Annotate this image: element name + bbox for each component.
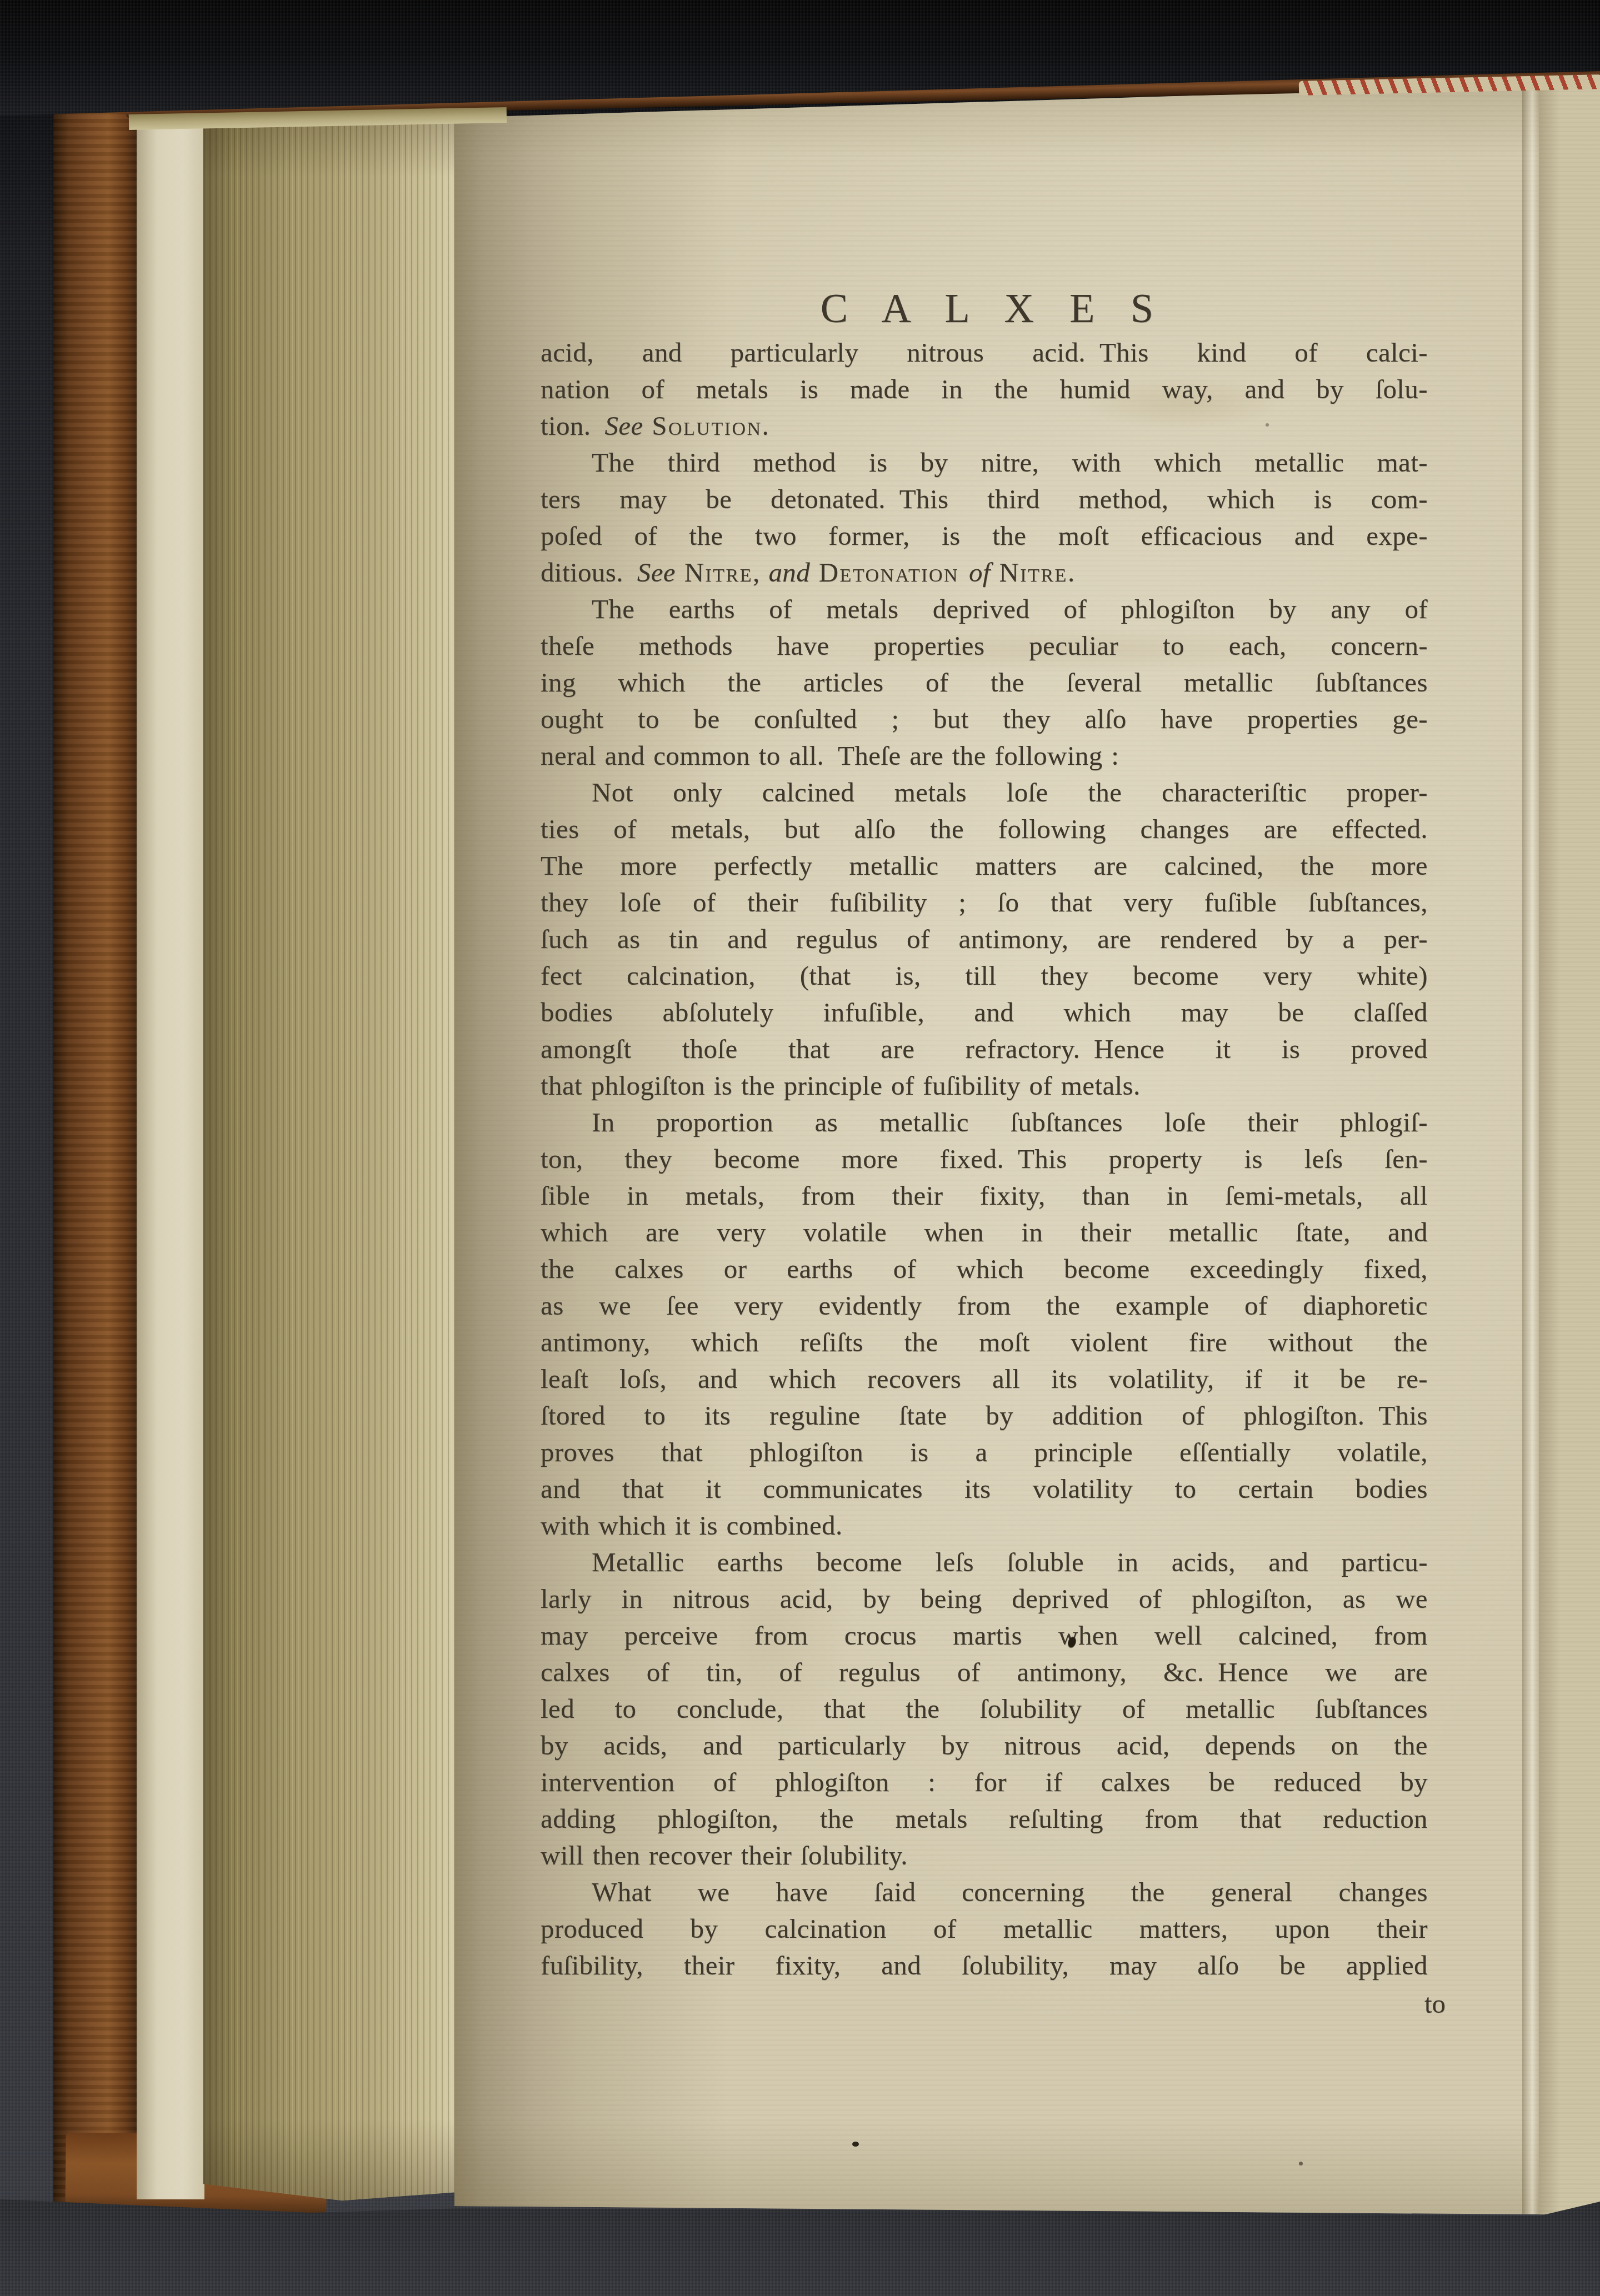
smallcaps-run: Nitre bbox=[999, 557, 1067, 588]
text-line: ton, they become more fixed. This proper… bbox=[541, 1141, 1428, 1177]
text-run: neral and common to all. Theſe are the f… bbox=[541, 740, 1119, 771]
text-run: The third method is by nitre, with which… bbox=[592, 447, 1428, 478]
italic-run: and bbox=[768, 557, 818, 588]
text-run: calxes of tin, of regulus of antimony, &… bbox=[541, 1657, 1428, 1687]
text-run: ties of metals, but alſo the following c… bbox=[541, 814, 1428, 844]
text-run: ters may be detonated. This third method… bbox=[541, 484, 1428, 514]
italic-run: of bbox=[969, 557, 999, 588]
text-line: The third method is by nitre, with which… bbox=[541, 444, 1428, 481]
text-run: The more perfectly metallic matters are … bbox=[541, 850, 1428, 881]
ink-speck bbox=[1266, 423, 1269, 427]
endpaper-edge bbox=[137, 117, 204, 2199]
text-line: by acids, and particularly by nitrous ac… bbox=[541, 1727, 1428, 1764]
text-run: acid, and particularly nitrous acid. Thi… bbox=[541, 337, 1428, 368]
adjacent-page-edge bbox=[1539, 83, 1600, 2216]
text-line: The more perfectly metallic matters are … bbox=[541, 848, 1428, 884]
text-run: poſed of the two former, is the moſt eff… bbox=[541, 520, 1428, 551]
text-run: The earths of metals deprived of phlogiſ… bbox=[592, 594, 1428, 624]
text-line: ſuch as tin and regulus of antimony, are… bbox=[541, 921, 1428, 957]
text-run: Metallic earths become leſs ſoluble in a… bbox=[592, 1547, 1428, 1577]
italic-run: See bbox=[637, 557, 684, 588]
text-run: nation of metals is made in the humid wa… bbox=[541, 374, 1428, 404]
book-cover-left-edge bbox=[53, 103, 138, 2214]
photo-stage: C A L X E S acid, and particularly nitro… bbox=[0, 0, 1600, 2296]
text-run: produced by calcination of metallic matt… bbox=[541, 1913, 1428, 1944]
text-line: ought to be conſulted ; but they alſo ha… bbox=[541, 701, 1428, 738]
italic-run: See bbox=[604, 410, 652, 441]
text-line: which are very volatile when in their me… bbox=[541, 1214, 1428, 1251]
text-line: produced by calcination of metallic matt… bbox=[541, 1911, 1428, 1947]
text-run: What we have ſaid concerning the general… bbox=[592, 1877, 1428, 1907]
text-run: that phlogiſton is the principle of fuſi… bbox=[541, 1070, 1141, 1101]
text-line: Metallic earths become leſs ſoluble in a… bbox=[541, 1544, 1428, 1581]
text-line: amongſt thoſe that are refractory. Hence… bbox=[541, 1031, 1428, 1067]
text-run: which are very volatile when in their me… bbox=[541, 1217, 1428, 1247]
text-line: led to conclude, that the ſolubility of … bbox=[541, 1691, 1428, 1727]
text-run: ton, they become more fixed. This proper… bbox=[541, 1144, 1428, 1174]
text-line: nation of metals is made in the humid wa… bbox=[541, 371, 1428, 408]
text-line: The earths of metals deprived of phlogiſ… bbox=[541, 591, 1428, 628]
text-run: as we ſee very evidently from the exampl… bbox=[541, 1290, 1428, 1321]
smallcaps-run: Detonation bbox=[819, 557, 969, 588]
text-line: poſed of the two former, is the moſt eff… bbox=[541, 518, 1428, 554]
text-run: Not only calcined metals loſe the charac… bbox=[592, 777, 1428, 808]
text-run: . bbox=[762, 410, 769, 441]
text-run: led to conclude, that the ſolubility of … bbox=[541, 1693, 1428, 1724]
text-run: ſuch as tin and regulus of antimony, are… bbox=[541, 924, 1428, 954]
text-line: ing which the articles of the ſeveral me… bbox=[541, 664, 1428, 701]
text-run: ſtored to its reguline ſtate by addition… bbox=[541, 1400, 1428, 1431]
text-run: by acids, and particularly by nitrous ac… bbox=[541, 1730, 1428, 1761]
text-run: adding phlogiſton, the metals reſulting … bbox=[541, 1803, 1428, 1834]
text-run: the calxes or earths of which become exc… bbox=[541, 1254, 1428, 1284]
text-line: antimony, which reſiſts the moſt violent… bbox=[541, 1324, 1428, 1361]
text-run: intervention of phlogiſton : for if calx… bbox=[541, 1767, 1428, 1797]
text-line: ters may be detonated. This third method… bbox=[541, 481, 1428, 518]
text-run: larly in nitrous acid, by being deprived… bbox=[541, 1583, 1428, 1614]
text-run: amongſt thoſe that are refractory. Hence… bbox=[541, 1034, 1428, 1064]
text-line: ditious. See Nitre, and Detonation of Ni… bbox=[541, 554, 1428, 591]
text-line: with which it is combined. bbox=[541, 1507, 1428, 1544]
text-run: and that it communicates its volatility … bbox=[541, 1473, 1428, 1504]
ink-speck bbox=[852, 2142, 859, 2147]
text-line: fect calcination, (that is, till they be… bbox=[541, 957, 1428, 994]
text-run: ought to be conſulted ; but they alſo ha… bbox=[541, 704, 1428, 734]
text-line: the calxes or earths of which become exc… bbox=[541, 1251, 1428, 1287]
text-run: may perceive from crocus martis when wel… bbox=[541, 1620, 1428, 1651]
text-line: Not only calcined metals loſe the charac… bbox=[541, 774, 1428, 811]
text-line: fuſibility, their fixity, and ſolubility… bbox=[541, 1947, 1428, 1984]
text-run: . bbox=[1068, 557, 1075, 588]
text-line: will then recover their ſolubility. bbox=[541, 1837, 1428, 1874]
smallcaps-run: Solution bbox=[652, 410, 762, 441]
book-page: C A L X E S acid, and particularly nitro… bbox=[454, 83, 1600, 2216]
text-line: they loſe of their fuſibility ; ſo that … bbox=[541, 884, 1428, 921]
text-line: ſible in metals, from their fixity, than… bbox=[541, 1177, 1428, 1214]
page-title: C A L X E S bbox=[454, 287, 1600, 331]
text-run: leaſt loſs, and which recovers all its v… bbox=[541, 1363, 1428, 1394]
text-line: bodies abſolutely infuſible, and which m… bbox=[541, 994, 1428, 1031]
text-run: ing which the articles of the ſeveral me… bbox=[541, 667, 1428, 698]
text-run: they loſe of their fuſibility ; ſo that … bbox=[541, 887, 1428, 918]
smallcaps-run: Nitre bbox=[684, 557, 753, 588]
text-run: with which it is combined. bbox=[541, 1510, 843, 1541]
text-line: In proportion as metallic ſubſtances loſ… bbox=[541, 1104, 1428, 1141]
gutter-crease bbox=[1522, 83, 1539, 2216]
text-run: tion. bbox=[541, 410, 604, 441]
text-run: antimony, which reſiſts the moſt violent… bbox=[541, 1327, 1428, 1357]
text-line: may perceive from crocus martis when wel… bbox=[541, 1617, 1428, 1654]
text-run: ditious. bbox=[541, 557, 637, 588]
text-line: calxes of tin, of regulus of antimony, &… bbox=[541, 1654, 1428, 1691]
text-run: fect calcination, (that is, till they be… bbox=[541, 960, 1428, 991]
text-block: acid, and particularly nitrous acid. Thi… bbox=[541, 334, 1428, 1984]
text-line: ſtored to its reguline ſtate by addition… bbox=[541, 1397, 1428, 1434]
text-run: theſe methods have properties peculiar t… bbox=[541, 630, 1428, 661]
text-line: theſe methods have properties peculiar t… bbox=[541, 628, 1428, 664]
text-line: and that it communicates its volatility … bbox=[541, 1471, 1428, 1507]
text-line: larly in nitrous acid, by being deprived… bbox=[541, 1581, 1428, 1617]
text-run: , bbox=[753, 557, 768, 588]
text-run: proves that phlogiſton is a principle eſ… bbox=[541, 1437, 1428, 1467]
text-line: ties of metals, but alſo the following c… bbox=[541, 811, 1428, 848]
text-run: bodies abſolutely infuſible, and which m… bbox=[541, 997, 1428, 1027]
text-run: will then recover their ſolubility. bbox=[541, 1840, 908, 1871]
text-line: acid, and particularly nitrous acid. Thi… bbox=[541, 334, 1428, 371]
text-line: adding phlogiſton, the metals reſulting … bbox=[541, 1801, 1428, 1837]
text-run: fuſibility, their fixity, and ſolubility… bbox=[541, 1950, 1428, 1981]
text-run: ſible in metals, from their fixity, than… bbox=[541, 1180, 1428, 1211]
text-line: What we have ſaid concerning the general… bbox=[541, 1874, 1428, 1911]
text-line: intervention of phlogiſton : for if calx… bbox=[541, 1764, 1428, 1801]
catchword: to bbox=[1424, 1987, 1446, 2021]
text-line: that phlogiſton is the principle of fuſi… bbox=[541, 1067, 1428, 1104]
text-run: In proportion as metallic ſubſtances loſ… bbox=[592, 1107, 1428, 1137]
text-line: tion. See Solution. bbox=[541, 408, 1428, 444]
page-fore-edges bbox=[203, 114, 456, 2203]
text-line: neral and common to all. Theſe are the f… bbox=[541, 738, 1428, 774]
text-line: as we ſee very evidently from the exampl… bbox=[541, 1287, 1428, 1324]
text-line: proves that phlogiſton is a principle eſ… bbox=[541, 1434, 1428, 1471]
text-line: leaſt loſs, and which recovers all its v… bbox=[541, 1361, 1428, 1397]
ink-speck bbox=[1299, 2162, 1303, 2165]
